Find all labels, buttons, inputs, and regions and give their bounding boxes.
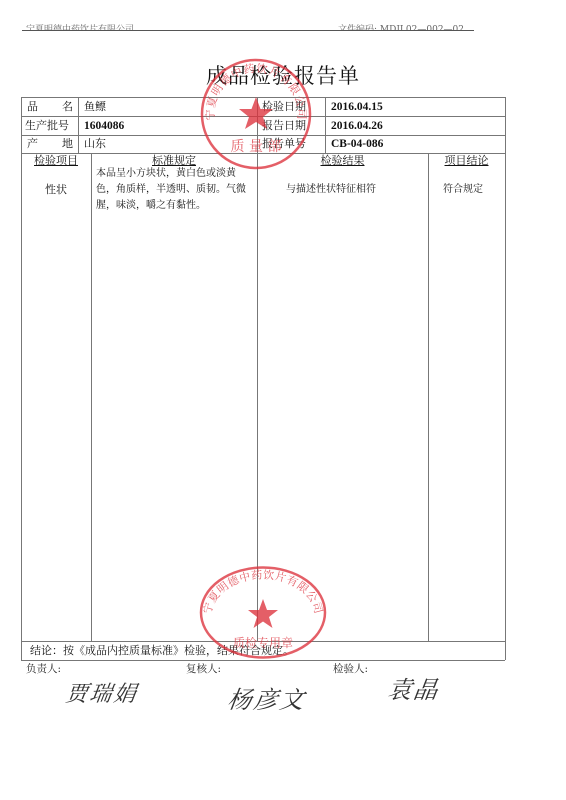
inspect-date-label: 检验日期 bbox=[262, 98, 306, 116]
report-no-label: 报告单号 bbox=[262, 135, 306, 153]
table-divider bbox=[91, 153, 92, 641]
header-inspection-item: 检验项目 bbox=[21, 152, 91, 170]
header-result: 检验结果 bbox=[257, 152, 428, 170]
table-divider bbox=[257, 153, 258, 641]
label-char: 地 bbox=[62, 135, 73, 153]
inspect-date-value: 2016.04.15 bbox=[331, 98, 383, 116]
row-result: 与描述性状特征相符 bbox=[286, 181, 376, 199]
row-conclusion: 符合规定 bbox=[443, 181, 483, 199]
document-code: 文件编码: MDJL02—002—02 bbox=[338, 22, 464, 31]
inspector-label: 检验人: bbox=[333, 661, 368, 676]
responsible-signature: 贾瑞娟 bbox=[64, 677, 140, 708]
report-title: 成品检验报告单 bbox=[0, 60, 566, 90]
star-icon bbox=[248, 599, 278, 628]
label-char: 名 bbox=[62, 98, 73, 116]
product-name-value: 鱼鳔 bbox=[84, 98, 106, 116]
svg-text:宁夏明德中药饮片有限公司: 宁夏明德中药饮片有限公司 bbox=[201, 567, 325, 615]
table-border bbox=[505, 97, 506, 660]
responsible-label: 负责人: bbox=[26, 661, 61, 676]
product-name-label: 品 名 bbox=[27, 98, 73, 116]
table-divider bbox=[257, 97, 258, 153]
table-border bbox=[21, 660, 505, 661]
table-divider bbox=[78, 97, 79, 153]
header-conclusion: 项目结论 bbox=[428, 152, 505, 170]
inspector-signature: 袁晶 bbox=[386, 670, 443, 705]
report-no-value: CB-04-086 bbox=[331, 135, 383, 153]
label-char: 品 bbox=[27, 98, 38, 116]
row-standard: 本品呈小方块状，黄白色或淡黄色，角质样，半透明、质韧。气微腥，味淡，嚼之有黏性。 bbox=[96, 166, 254, 214]
reviewer-label: 复核人: bbox=[186, 661, 221, 676]
origin-value: 山东 bbox=[84, 135, 106, 153]
table-divider bbox=[428, 153, 429, 641]
report-date-value: 2016.04.26 bbox=[331, 117, 383, 135]
page-header: 宁夏明德中药饮片有限公司 文件编码: MDJL02—002—02 bbox=[22, 14, 474, 31]
batch-value: 1604086 bbox=[84, 117, 124, 135]
table-divider bbox=[325, 97, 326, 153]
label-char: 产 bbox=[27, 135, 38, 153]
reviewer-signature: 杨彦文 bbox=[226, 680, 309, 715]
overall-conclusion: 结论：按《成品内控质量标准》检验，结果符合规定。 bbox=[30, 642, 294, 660]
batch-label: 生产批号 bbox=[25, 117, 69, 135]
row-item: 性状 bbox=[21, 181, 91, 199]
report-date-label: 报告日期 bbox=[262, 117, 306, 135]
origin-label: 产 地 bbox=[27, 135, 73, 153]
company-name: 宁夏明德中药饮片有限公司 bbox=[26, 22, 134, 31]
